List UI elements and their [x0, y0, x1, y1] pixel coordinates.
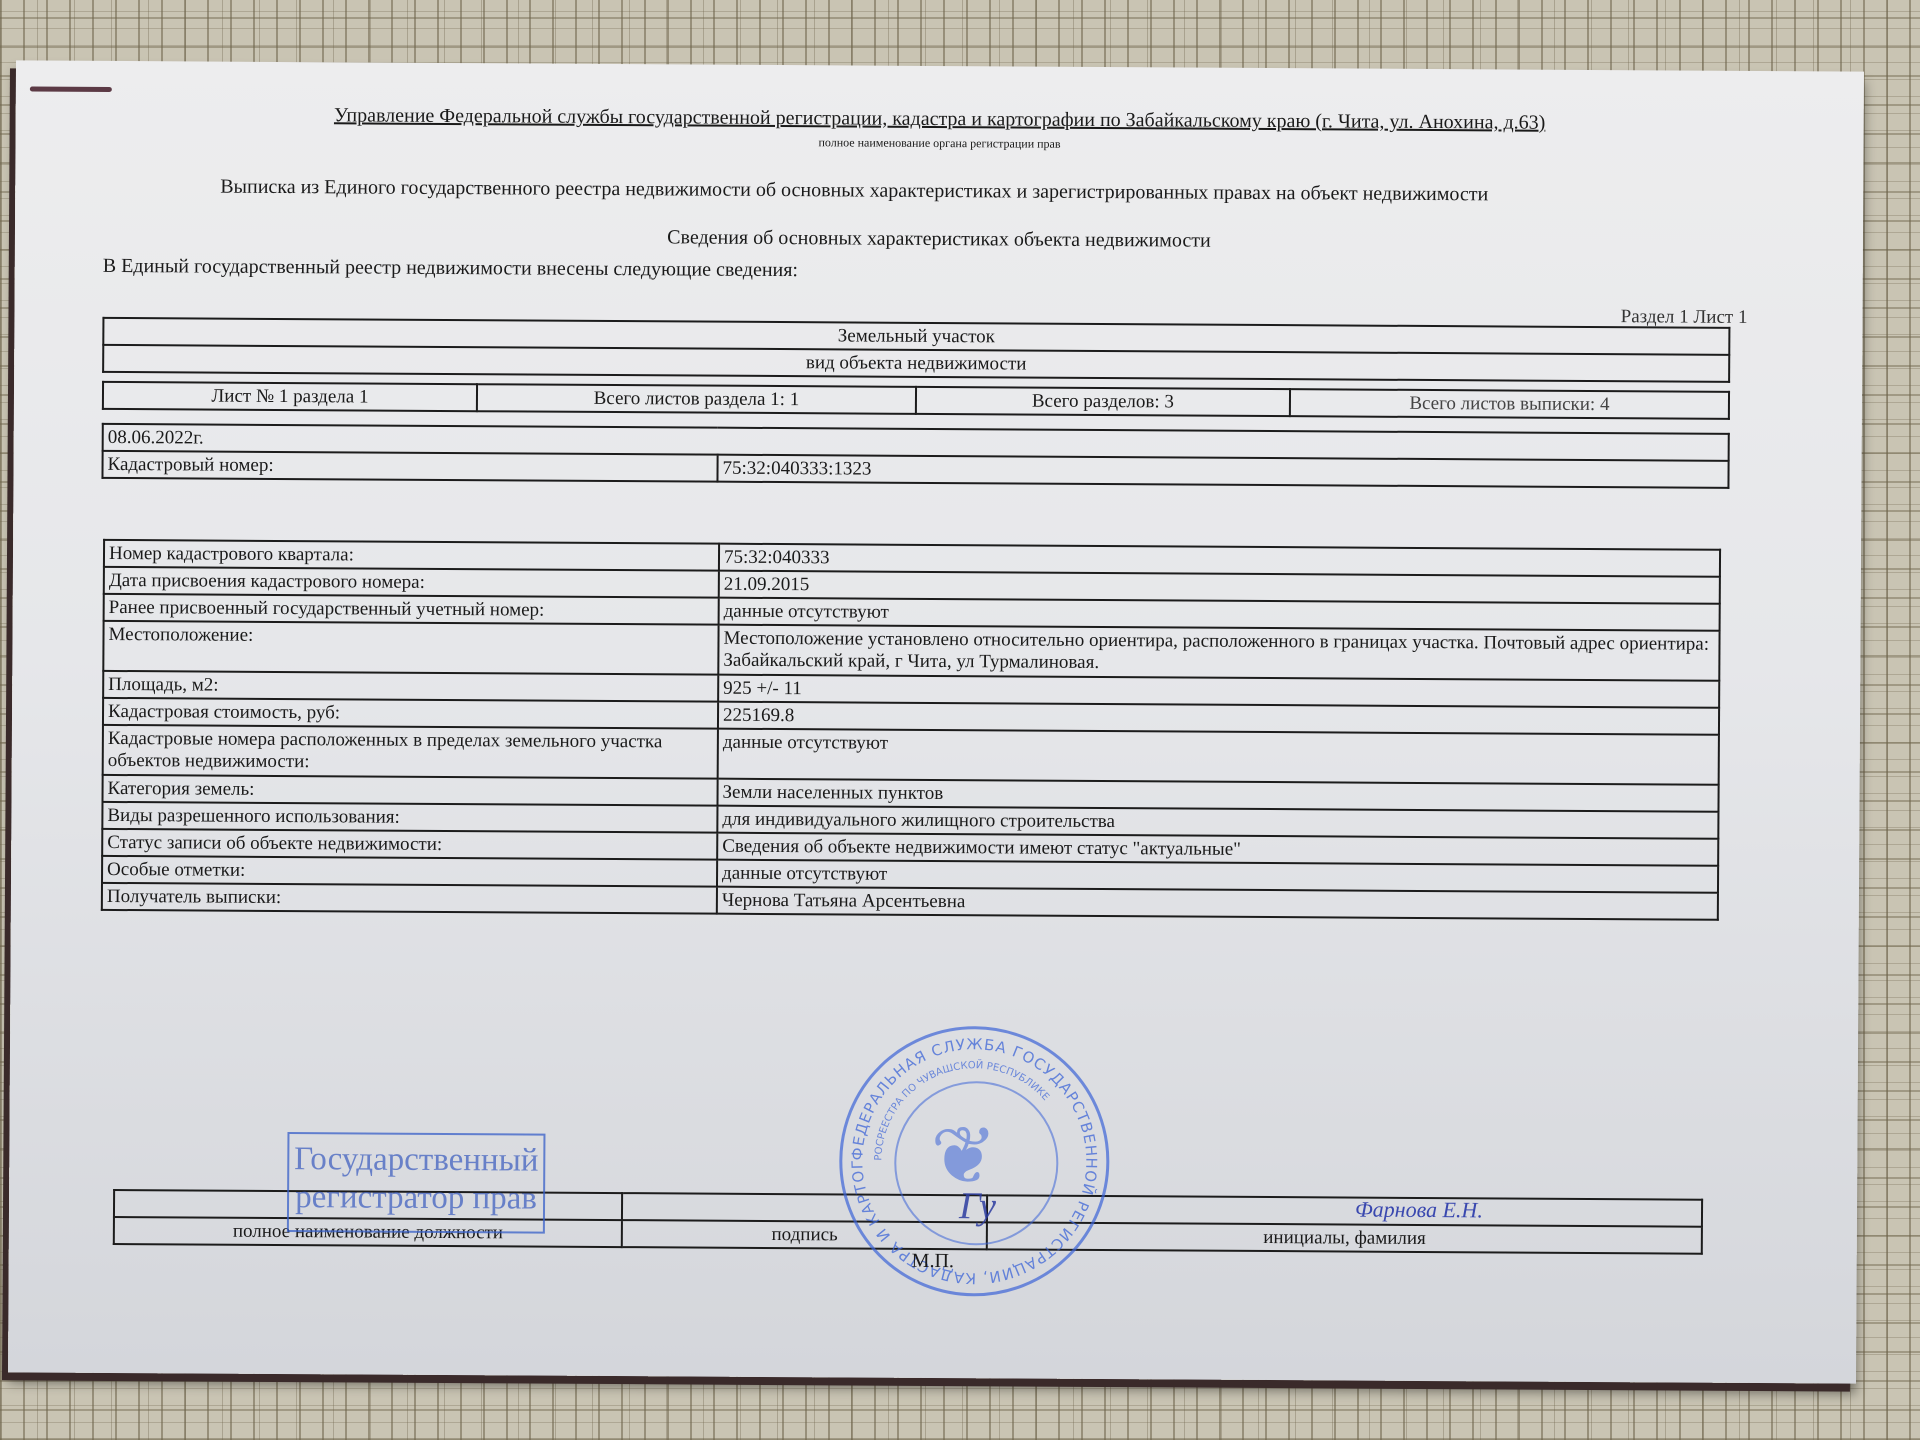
table-row: Лист № 1 раздела 1 Всего листов раздела …: [103, 382, 1729, 419]
staple: [30, 86, 112, 92]
section-title: Сведения об основных характеристиках объ…: [15, 222, 1863, 256]
characteristics-table: Номер кадастрового квартала: 75:32:04033…: [101, 539, 1721, 921]
signature-mark: Гу: [959, 1184, 996, 1228]
field-label: Номер кадастрового квартала:: [104, 540, 719, 571]
official-seal-icon: ФЕДЕРАЛЬНАЯ СЛУЖБА ГОСУДАРСТВЕННОЙ РЕГИС…: [838, 1025, 1110, 1297]
cadastral-number-label: Кадастровый номер:: [102, 451, 717, 482]
stamp-line-1: Государственный: [289, 1140, 543, 1180]
field-value: Местоположение установлено относительно …: [718, 625, 1719, 681]
total-sheets-extract: Всего листов выписки: 4: [1290, 389, 1729, 419]
seal-place-label: М.П.: [912, 1250, 954, 1273]
field-label: Площадь, м2:: [103, 671, 718, 702]
document-sheet: Управление Федеральной службы государств…: [8, 60, 1864, 1383]
field-value: данные отсутствуют: [718, 729, 1719, 785]
field-label: Кадастровые номера расположенных в преде…: [103, 725, 718, 779]
sheets-info-table: Лист № 1 раздела 1 Всего листов раздела …: [102, 381, 1730, 420]
registration-authority-text: Управление Федеральной службы государств…: [334, 104, 1545, 133]
object-type-table: Земельный участок вид объекта недвижимос…: [102, 317, 1730, 383]
cadastral-number-value: 75:32:040333:1323: [717, 455, 1728, 488]
date-cadastral-table: 08.06.2022г. Кадастровый номер: 75:32:04…: [101, 423, 1729, 489]
field-label: Особые отметки:: [102, 856, 717, 887]
total-sections: Всего разделов: 3: [916, 387, 1290, 416]
field-label: Ранее присвоенный государственный учетны…: [104, 594, 719, 625]
intro-text: В Единый государственный реестр недвижим…: [103, 255, 798, 282]
stamp-line-2: регистратор прав: [289, 1178, 543, 1218]
field-label: Получатель выписки:: [102, 883, 717, 914]
extract-title: Выписка из Единого государственного реес…: [220, 176, 1488, 207]
field-value: Чернова Татьяна Арсентьевна: [717, 887, 1718, 920]
field-label: Дата присвоения кадастрового номера:: [104, 567, 719, 598]
field-label: Местоположение:: [103, 621, 718, 675]
field-label: Категория земель:: [102, 775, 717, 806]
sheet-of-section: Лист № 1 раздела 1: [103, 382, 477, 411]
registrar-position-stamp: Государственный регистратор прав: [287, 1132, 546, 1234]
field-label: Виды разрешенного использования:: [102, 802, 717, 833]
field-label: Статус записи об объекте недвижимости:: [102, 829, 717, 860]
total-sheets-section: Всего листов раздела 1: 1: [477, 384, 916, 414]
handwritten-registrar-name: Фарнова Е.Н.: [1355, 1197, 1483, 1224]
field-label: Кадастровая стоимость, руб:: [103, 698, 718, 729]
